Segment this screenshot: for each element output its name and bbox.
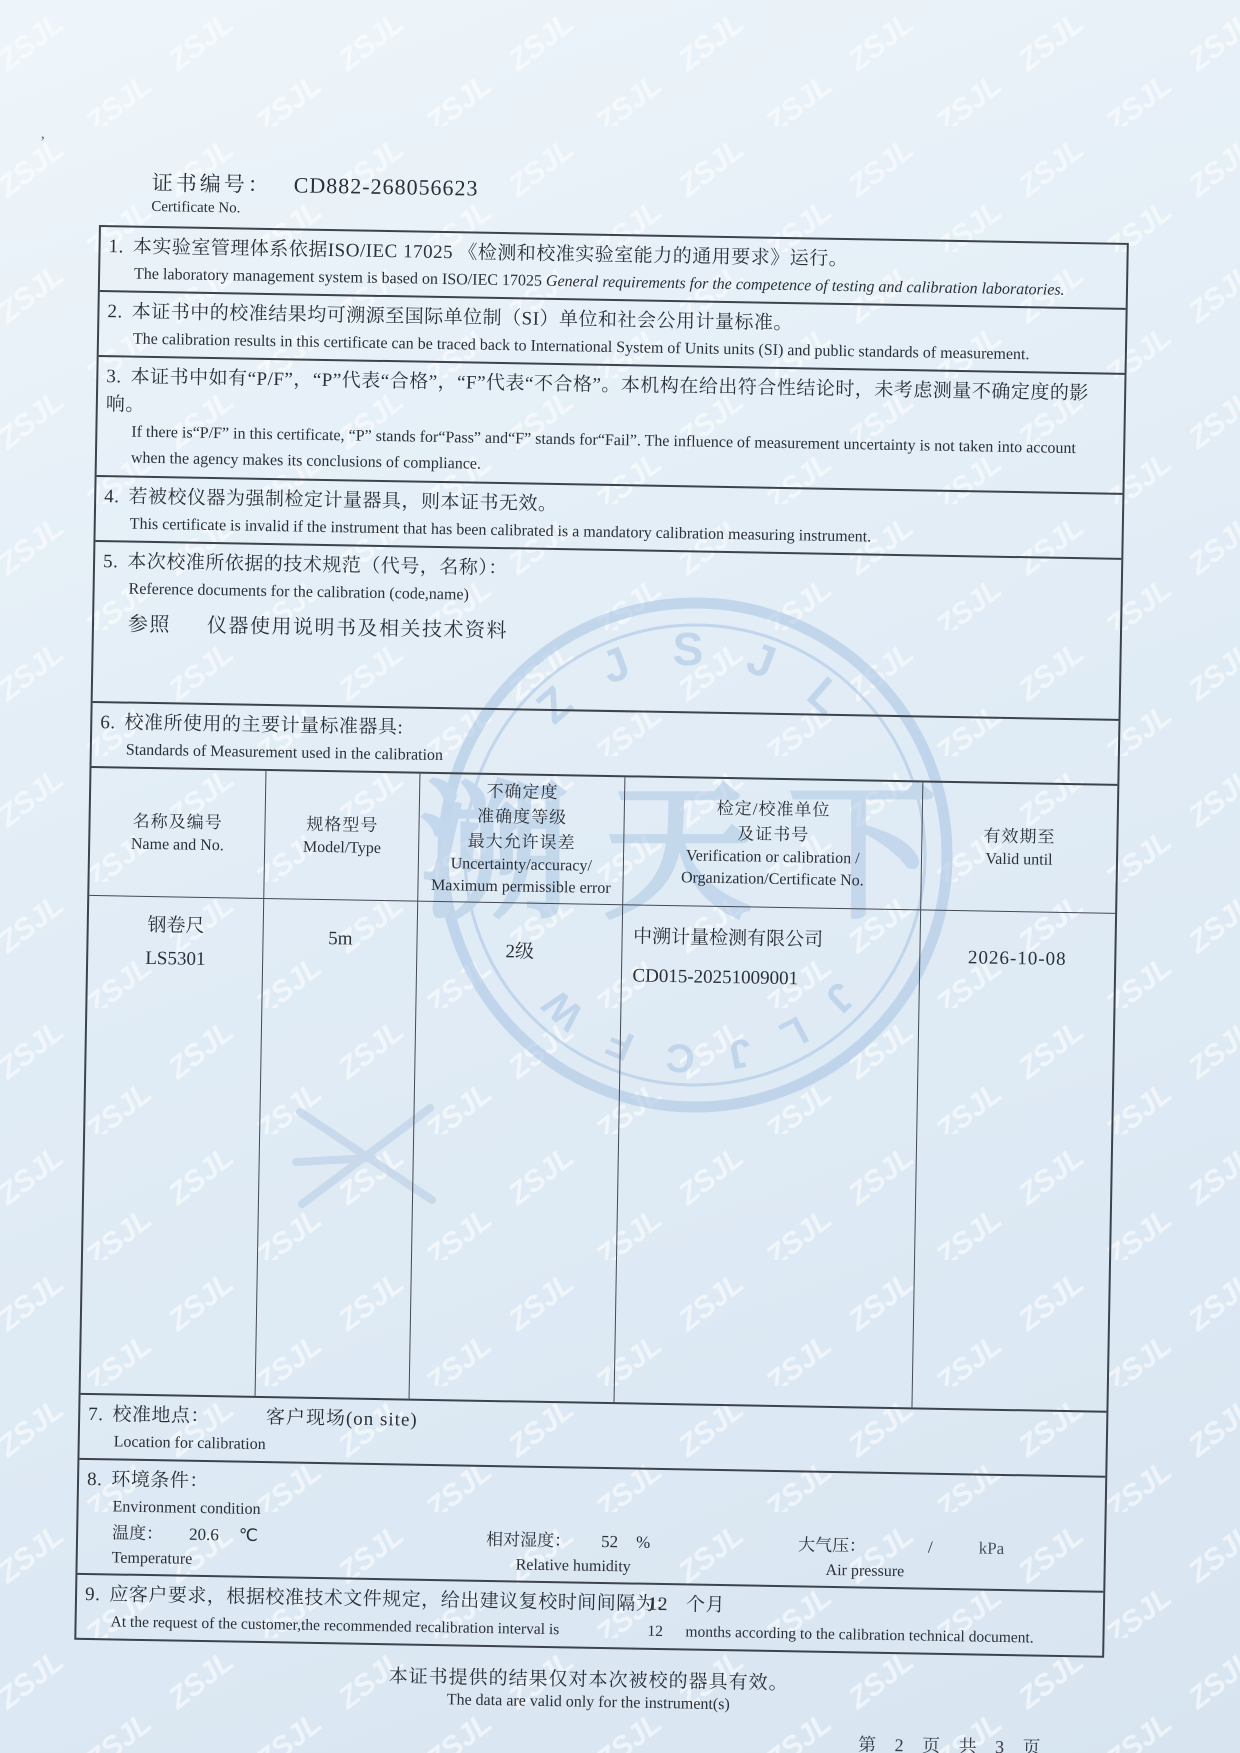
note-5-number: 5. <box>103 551 119 572</box>
location-value: 客户现场(on site) <box>266 1407 418 1431</box>
temperature-label-cn: 温度： <box>112 1523 163 1543</box>
table-cell-accuracy: 2级 <box>409 901 623 1403</box>
column-header-organization: 检定/校准单位 及证书号 Verification or calibration… <box>623 777 923 909</box>
standard-organization: 中溯计量检测有限公司 <box>633 917 914 961</box>
certificate-page: 证书编号： CD882-268056623 Certificate No. 1.… <box>72 166 1129 1753</box>
recalibration-interval-suffix-en: months according to the calibration tech… <box>685 1619 1034 1650</box>
header-name-cn: 名称及编号 <box>133 809 223 836</box>
recalibration-interval-unit-cn: 个月 <box>686 1591 725 1620</box>
header-valid-cn: 有效期至 <box>983 824 1055 850</box>
pressure-label-en: Air pressure <box>825 1559 904 1583</box>
header-valid-en: Valid until <box>985 849 1052 872</box>
pressure-label-cn: 大气压： <box>798 1535 866 1555</box>
location-label-cn: 校准地点： <box>112 1404 210 1427</box>
table-cell-model: 5m <box>255 898 418 1399</box>
reference-label: 参照 <box>128 614 171 637</box>
header-model-en: Model/Type <box>303 837 381 860</box>
column-header-model: 规格型号 Model/Type <box>264 771 420 901</box>
note-3-number: 3. <box>106 366 122 387</box>
standard-name: 钢卷尺 <box>88 908 263 944</box>
table-cell-valid-until: 2026-10-08 <box>911 909 1115 1410</box>
humidity-label-cn: 相对湿度： <box>486 1530 571 1550</box>
header-model-cn: 规格型号 <box>306 812 378 838</box>
humidity-unit: % <box>636 1533 651 1552</box>
header-organization-en2: Organization/Certificate No. <box>681 867 864 892</box>
environment-label-cn: 环境条件： <box>111 1469 209 1492</box>
header-organization-cn1: 检定/校准单位 <box>717 795 831 822</box>
standards-table: 名称及编号 Name and No. 规格型号 Model/Type 不确定度 … <box>81 766 1118 1411</box>
humidity-value: 52 <box>601 1532 618 1551</box>
humidity-label-en: Relative humidity <box>515 1553 630 1578</box>
standard-serial: LS5301 <box>88 941 263 977</box>
header-uncertainty-cn3: 最大允许误差 <box>467 829 575 856</box>
table-cell-name: 钢卷尺 LS5301 <box>81 895 264 1396</box>
note-3: 3.本证书中如有“P/F”，“P”代表“合格”，“F”代表“不合格”。本机构在给… <box>97 355 1125 493</box>
temperature-unit: ℃ <box>239 1526 258 1545</box>
header-organization-cn2: 及证书号 <box>737 821 809 847</box>
certificate-no-label-cn: 证书编号： <box>151 167 272 199</box>
table-cell-organization: 中溯计量检测有限公司 CD015-20251009001 <box>614 904 920 1407</box>
header-uncertainty-en2: Maximum permissible error <box>431 875 611 900</box>
note-1-en-italic: General requirements for the competence … <box>546 273 1065 299</box>
pressure-value: / <box>928 1538 933 1557</box>
note-1-number: 1. <box>108 236 124 257</box>
standards-heading-cn: 校准所使用的主要计量标准器具: <box>124 713 403 739</box>
recalibration-label-en: At the request of the customer,the recom… <box>110 1613 559 1638</box>
column-header-valid-until: 有效期至 Valid until <box>920 782 1117 912</box>
temperature-label-en: Temperature <box>112 1549 193 1567</box>
recalibration-number: 9. <box>85 1584 101 1605</box>
scan-speck: ’ <box>40 134 45 152</box>
header-uncertainty-cn1: 不确定度 <box>486 779 558 805</box>
column-header-uncertainty: 不确定度 准确度等级 最大允许误差 Uncertainty/accuracy/ … <box>418 774 625 905</box>
note-3-cn: 本证书中如有“P/F”，“P”代表“合格”，“F”代表“不合格”。本机构在给出符… <box>106 367 1089 416</box>
header-name-en: Name and No. <box>131 834 224 858</box>
standards-section-number: 6. <box>100 712 116 733</box>
standard-certificate-no: CD015-20251009001 <box>632 956 913 1000</box>
note-5-cn: 本次校准所依据的技术规范（代号，名称）： <box>127 552 508 580</box>
environment-section: 8.环境条件： Environment condition 温度：20.6℃ 相… <box>77 1458 1105 1591</box>
certificate-body-box: 1.本实验室管理体系依据ISO/IEC 17025 《检测和校准实验室能力的通用… <box>74 225 1129 1658</box>
recalibration-interval-value-cn: 12 <box>648 1591 668 1619</box>
header-organization-en1: Verification or calibration / <box>686 845 860 870</box>
header-uncertainty-cn2: 准确度等级 <box>477 804 567 831</box>
environment-number: 8. <box>87 1469 103 1490</box>
header-uncertainty-en1: Uncertainty/accuracy/ <box>450 853 592 877</box>
standard-valid-until: 2026-10-08 <box>920 946 1114 971</box>
note-4-cn: 若被校仪器为强制检定计量器具，则本证书无效。 <box>128 487 557 515</box>
reference-document: 仪器使用说明书及相关技术资料 <box>207 615 508 642</box>
note-5: 5.本次校准所依据的技术规范（代号，名称）： Reference documen… <box>93 540 1122 719</box>
note-1-en: The laboratory management system is base… <box>134 266 546 290</box>
certificate-number: CD882-268056623 <box>293 172 478 201</box>
column-header-name: 名称及编号 Name and No. <box>89 768 266 898</box>
recalibration-interval-value-en: 12 <box>647 1619 663 1644</box>
note-2-number: 2. <box>107 301 123 322</box>
standard-accuracy: 2级 <box>417 935 622 966</box>
location-number: 7. <box>88 1404 104 1425</box>
validity-footer: 本证书提供的结果仅对本次被校的器具有效。 The data are valid … <box>73 1656 1104 1721</box>
note-4-number: 4. <box>104 486 120 507</box>
temperature-value: 20.6 <box>189 1525 219 1545</box>
pressure-unit: kPa <box>979 1539 1005 1558</box>
standard-model: 5m <box>264 927 417 952</box>
